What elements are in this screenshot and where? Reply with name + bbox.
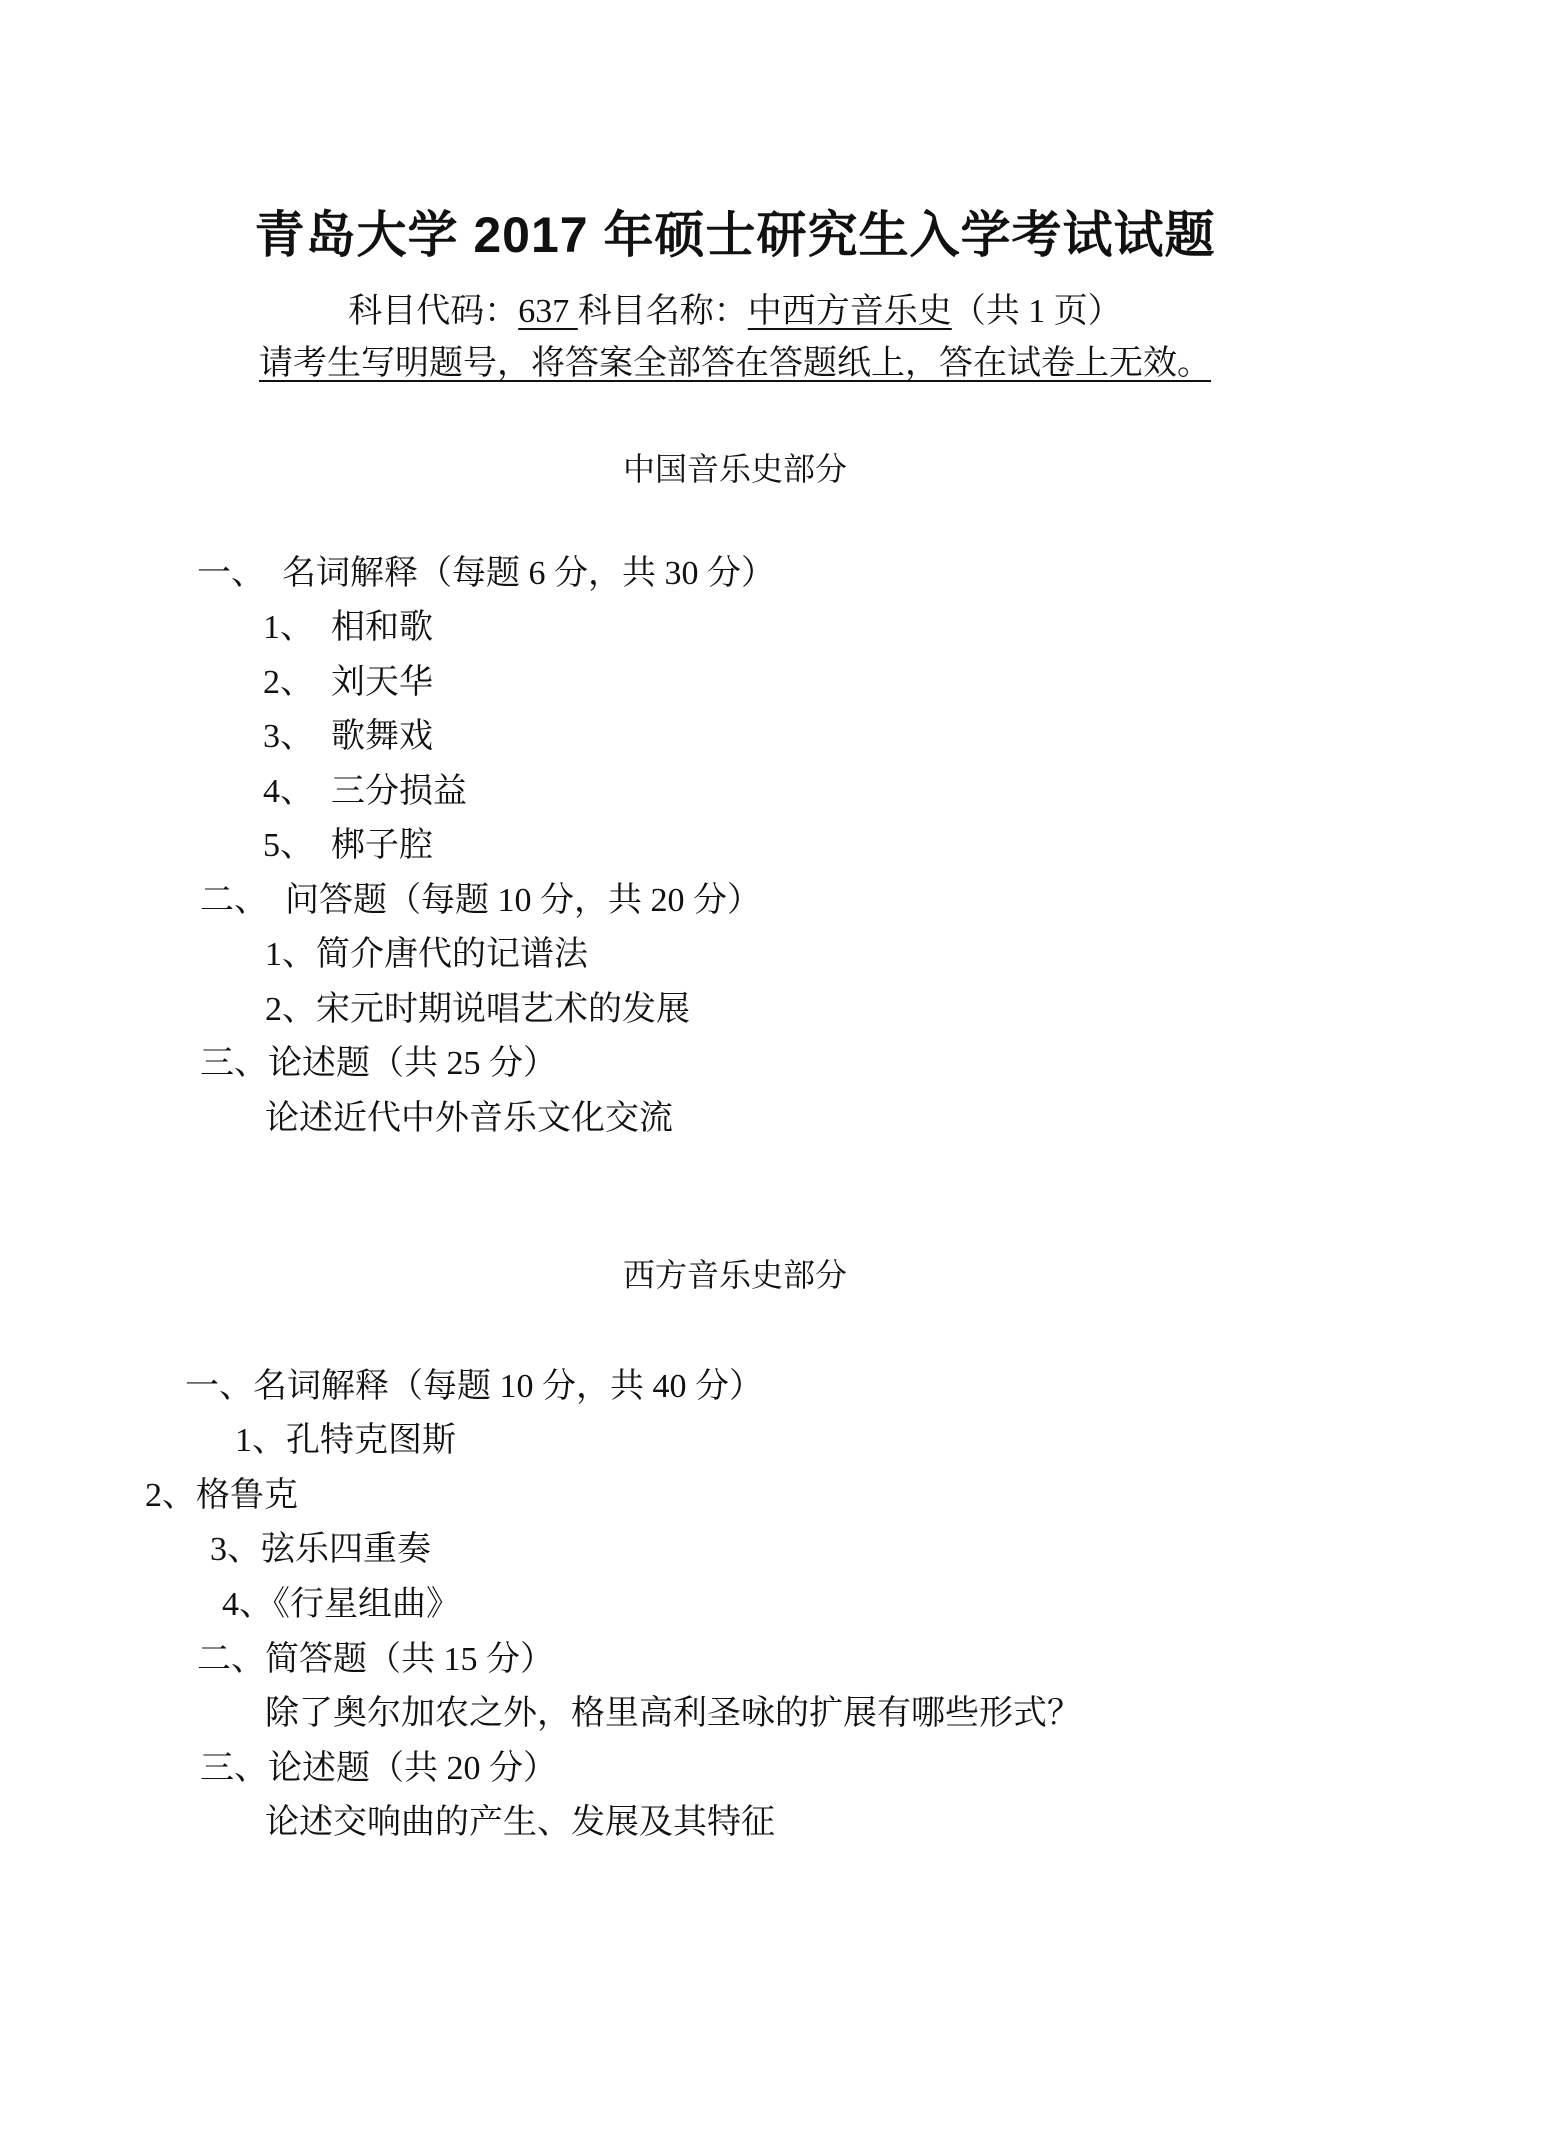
subject-name-value: 中西方音乐史 [748,293,952,330]
page-title: 青岛大学 2017 年硕士研究生入学考试试题 [145,205,1325,265]
part2-section1-header: 一、名词解释（每题 10 分，共 40 分） [185,1365,763,1409]
part1-term-item-2: 2、 刘天华 [263,661,433,705]
notice-line: 请考生写明题号，将答案全部答在答题纸上，答在试卷上无效。 [145,342,1325,386]
part2-heading: 西方音乐史部分 [145,1254,1325,1296]
part2-term-item-1: 1、孔特克图斯 [235,1419,456,1463]
subject-code-label: 科目代码： [348,293,518,330]
part1-term-item-3: 3、 歌舞戏 [263,715,433,759]
part2-term-item-3: 3、弦乐四重奏 [210,1528,431,1572]
exam-paper-page: 青岛大学 2017 年硕士研究生入学考试试题 科目代码：637 科目名称：中西方… [0,0,1550,2150]
part1-section3-header: 三、论述题（共 25 分） [200,1042,557,1086]
part1-term-item-4: 4、 三分损益 [263,770,467,814]
part1-term-item-5: 5、 梆子腔 [263,824,433,868]
part2-short-answer-prompt: 除了奥尔加农之外，格里高利圣咏的扩展有哪些形式？ [265,1692,1081,1736]
subject-pages-note: （共 1 页） [952,293,1122,330]
part1-section2-header: 二、 问答题（每题 10 分，共 20 分） [200,879,761,923]
part2-section2-header: 二、简答题（共 15 分） [197,1638,554,1682]
subject-name-label: 科目名称： [578,293,748,330]
part2-section3-header: 三、论述题（共 20 分） [200,1747,557,1791]
part1-question-item-2: 2、宋元时期说唱艺术的发展 [265,988,690,1032]
part1-heading: 中国音乐史部分 [145,448,1325,490]
subject-code-value: 637 [518,293,578,330]
part2-term-item-4: 4、《行星组曲》 [222,1583,460,1627]
subject-line: 科目代码：637 科目名称：中西方音乐史（共 1 页） [145,290,1325,334]
part2-term-item-2: 2、格鲁克 [145,1474,298,1518]
part2-essay-prompt: 论述交响曲的产生、发展及其特征 [265,1801,775,1845]
part1-question-item-1: 1、简介唐代的记谱法 [265,933,588,977]
part1-term-item-1: 1、 相和歌 [263,606,433,650]
part1-section1-header: 一、 名词解释（每题 6 分，共 30 分） [197,552,775,596]
part1-essay-prompt: 论述近代中外音乐文化交流 [265,1097,673,1141]
